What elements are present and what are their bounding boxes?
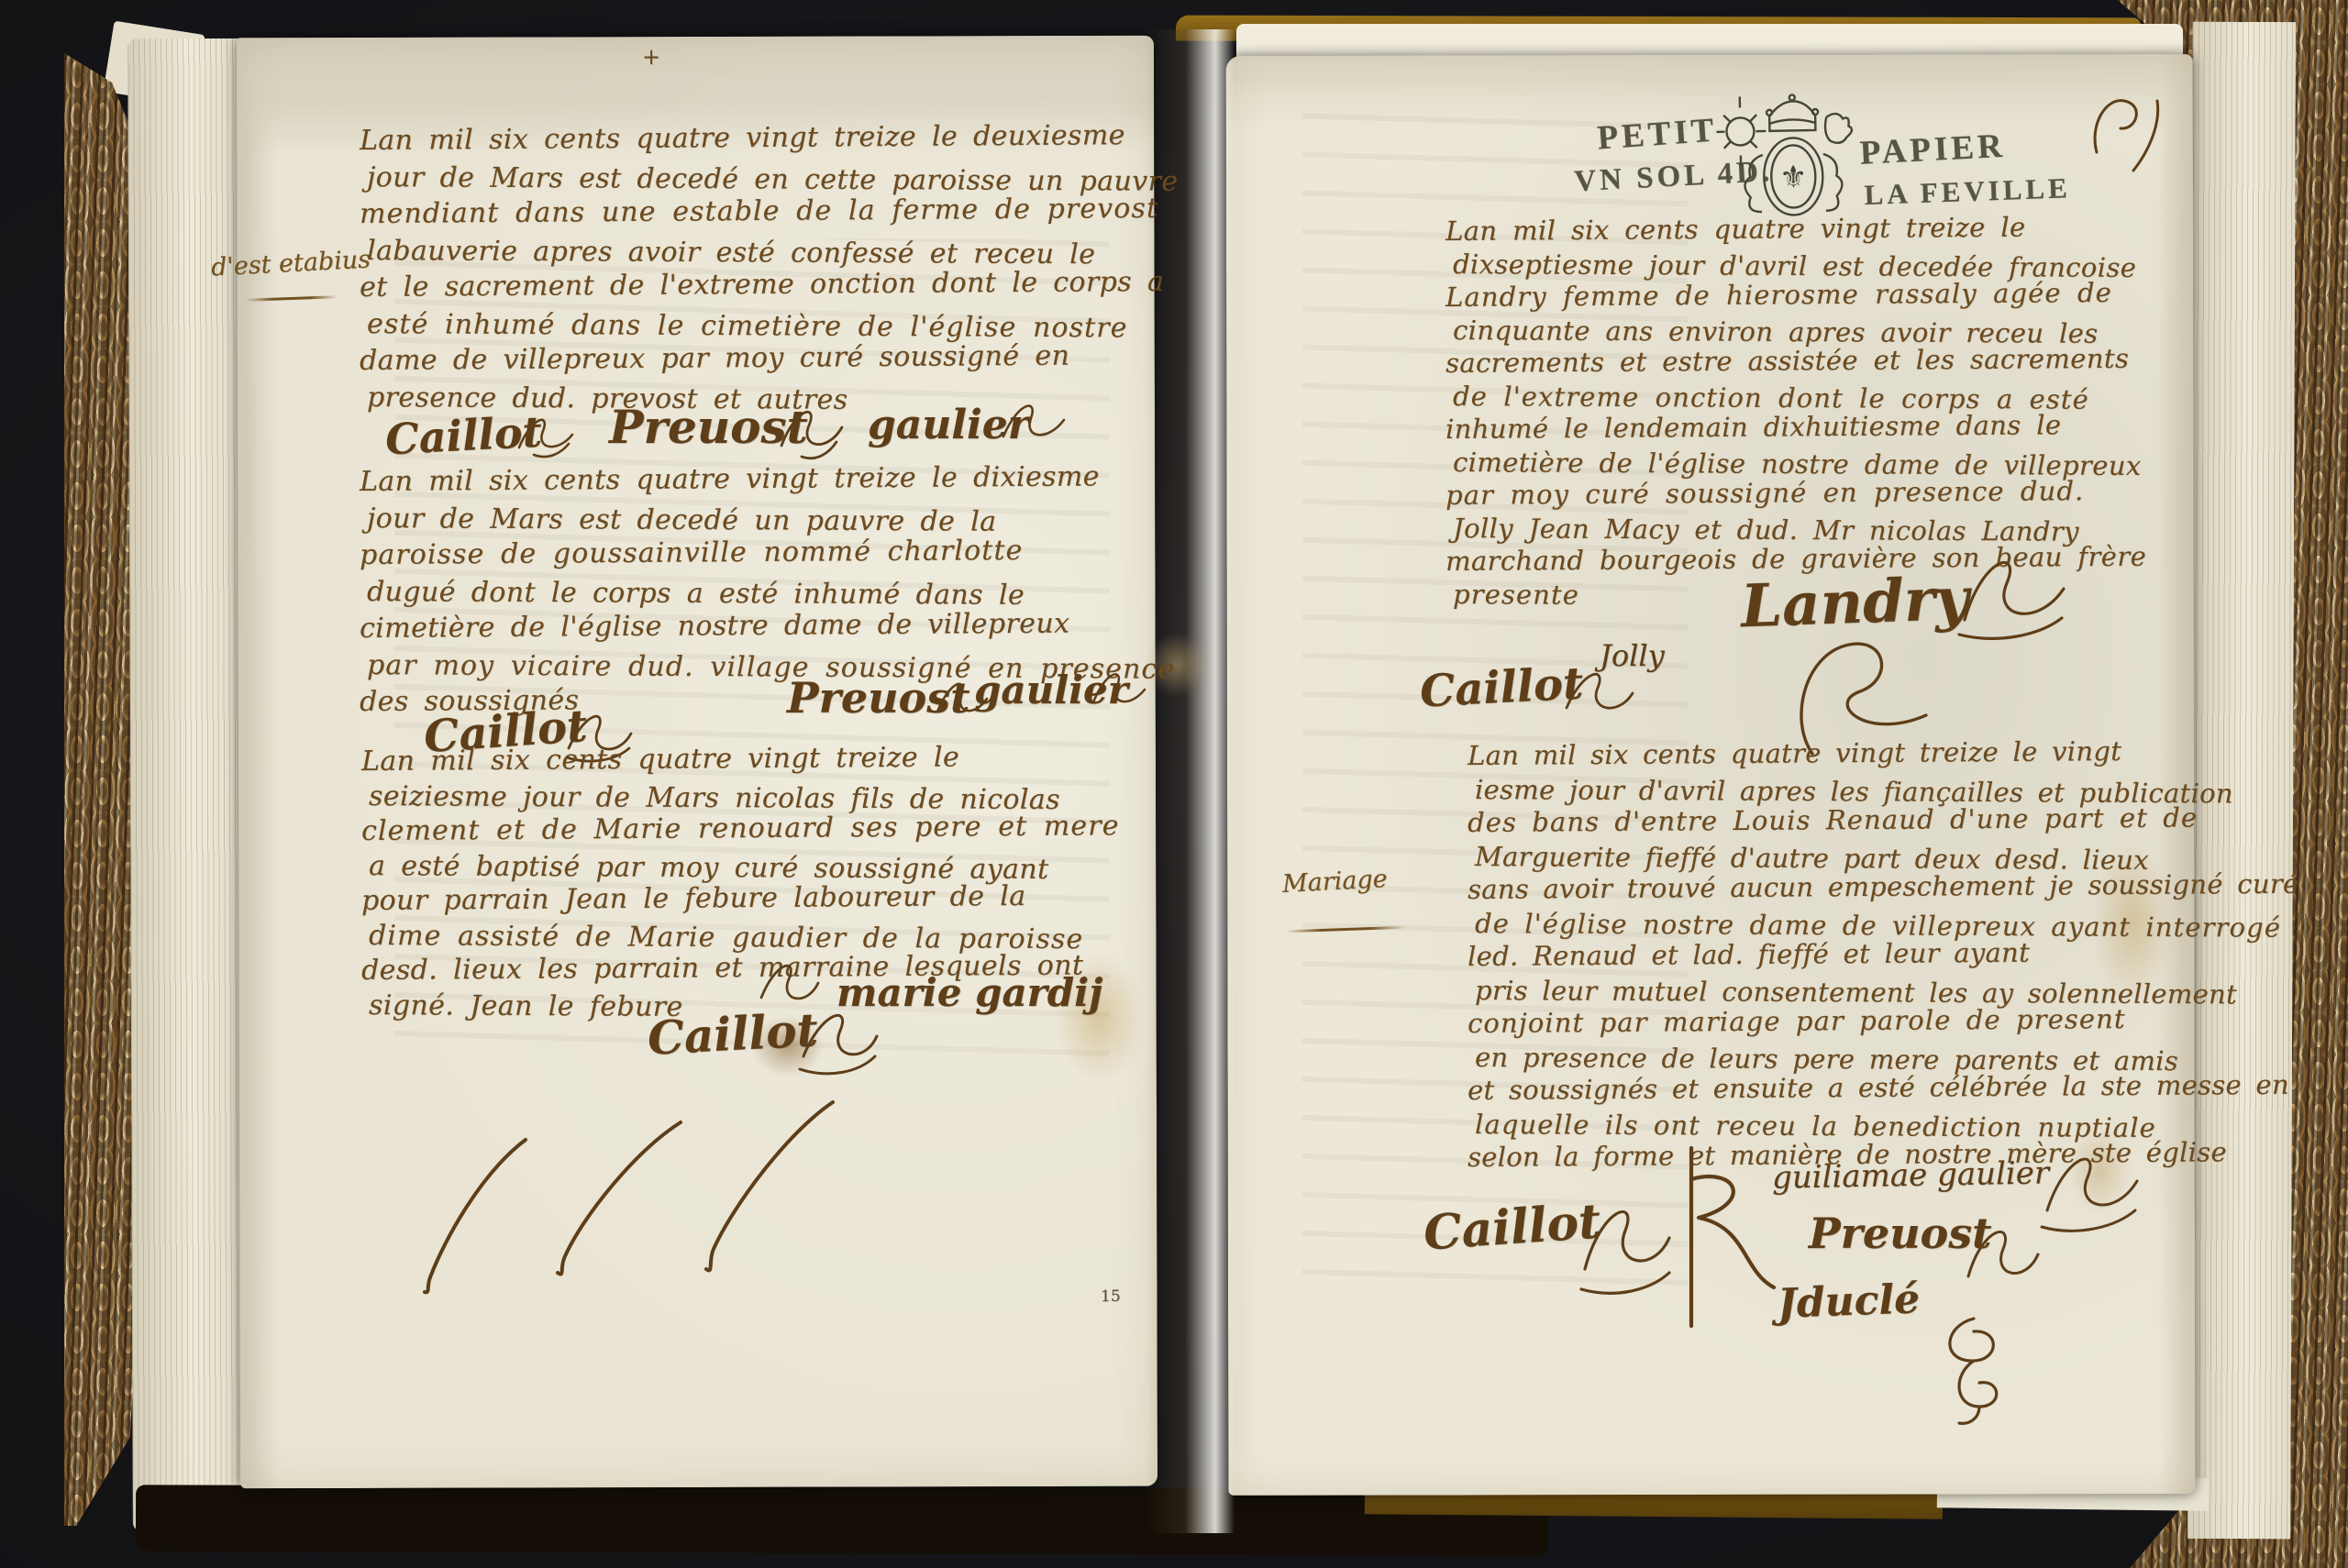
page-number: 15 xyxy=(1101,1287,1121,1306)
handwritten-line: clement et de Marie renouard ses pere et… xyxy=(361,809,1168,849)
bird-icon xyxy=(1825,114,1852,143)
marriage-act: Lan mil six cents quatre vingt treize le… xyxy=(1467,739,2311,1175)
handwritten-line: paroisse de goussainville nommé charlott… xyxy=(360,532,1167,574)
paraph-flourish-icon xyxy=(1950,543,2069,644)
fleur-de-lis-glyph: ⚜ xyxy=(1779,159,1808,196)
signature: Caillot xyxy=(647,1002,819,1066)
pen-stroke-icon xyxy=(550,1115,688,1280)
paraph-flourish-icon xyxy=(774,400,847,464)
leather-bottom-edge xyxy=(136,1485,1548,1555)
handwritten-line: dame de villepreux par moy curé soussign… xyxy=(360,337,1167,380)
handwritten-line: conjoint par mariage par parole de prese… xyxy=(1467,1001,2311,1041)
handwritten-line: par moy curé soussigné en presence dud. xyxy=(1445,473,2271,512)
paraph-flourish-icon xyxy=(1559,662,1636,726)
scroll-flourish-icon xyxy=(1823,154,1843,211)
handwritten-line: Lan mil six cents quatre vingt treize le xyxy=(361,739,1168,779)
paraph-flourish-icon xyxy=(794,1001,882,1078)
open-parish-register-scan: + d'est etabius Lan mil six cents quatre… xyxy=(0,0,2348,1568)
handwritten-line: Lan mil six cents quatre vingt treize le xyxy=(1445,209,2271,248)
handwritten-line: des bans d'entre Louis Renaud d'une part… xyxy=(1467,801,2311,840)
paraph-flourish-icon xyxy=(514,411,578,462)
crown-icon xyxy=(1767,94,1819,131)
signature: guiliamae gaulier xyxy=(1772,1154,2050,1196)
stamp-word: PETIT xyxy=(1596,110,1719,158)
pen-flourish-icon xyxy=(2084,88,2168,176)
signature: Landry xyxy=(1740,565,1970,642)
margin-note-mariage: Mariage xyxy=(1281,865,1388,899)
handwritten-line: Lan mil six cents quatre vingt treize le… xyxy=(1467,734,2311,773)
handwritten-line: Landry femme de hierosme rassaly agée de xyxy=(1445,275,2271,314)
burial-act-right: Lan mil six cents quatre vingt treize le… xyxy=(1445,215,2271,611)
pen-stroke-icon xyxy=(417,1132,532,1297)
handwritten-line: Lan mil six cents quatre vingt treize le… xyxy=(360,458,1167,501)
paraph-flourish-icon xyxy=(1959,1216,2042,1298)
paraph-flourish-icon xyxy=(1924,1311,2025,1430)
handwritten-line: et soussignés et ensuite a esté célébrée… xyxy=(1467,1068,2311,1108)
pen-stroke-icon xyxy=(697,1095,839,1276)
handwritten-line: et le sacrement de l'extreme onction don… xyxy=(360,264,1167,306)
fleur-de-lis-shield-icon: ⚜ xyxy=(1764,138,1823,215)
paraph-flourish-icon xyxy=(998,396,1069,451)
burial-act-1: Lan mil six cents quatre vingt treize le… xyxy=(360,123,1167,416)
signature: Jduclé xyxy=(1777,1275,1921,1327)
paraph-flourish-icon xyxy=(1090,664,1148,717)
stamp-word: LA FEVILLE xyxy=(1864,171,2071,212)
paraph-flourish-icon xyxy=(2034,1137,2144,1238)
paper-tax-stamp: PETIT VN SOL 4D. PAPIER LA FEVILLE xyxy=(1558,91,2074,230)
handwritten-line: led. Renaud et lad. fieffé et leur ayant xyxy=(1467,934,2311,974)
top-cross-mark: + xyxy=(642,44,660,70)
monogram-R-flourish xyxy=(1658,1143,1778,1340)
scroll-flourish-icon xyxy=(1744,155,1764,212)
handwritten-line: Lan mil six cents quatre vingt treize le… xyxy=(360,117,1167,160)
handwritten-line: sans avoir trouvé aucun empeschement je … xyxy=(1467,867,2311,907)
handwritten-line: inhumé le lendemain dixhuitiesme dans le xyxy=(1445,407,2271,446)
handwritten-line: cimetière de l'église nostre dame de vil… xyxy=(360,605,1167,647)
stamp-word: PAPIER xyxy=(1859,127,2007,173)
stamp-emblem: ⚜ xyxy=(1712,89,1871,227)
handwritten-line: mendiant dans une estable de la ferme de… xyxy=(360,191,1167,233)
handwritten-line: pour parrain Jean le febure laboureur de… xyxy=(361,878,1168,919)
handwritten-line: sacrements et estre assistée et les sacr… xyxy=(1445,341,2271,380)
